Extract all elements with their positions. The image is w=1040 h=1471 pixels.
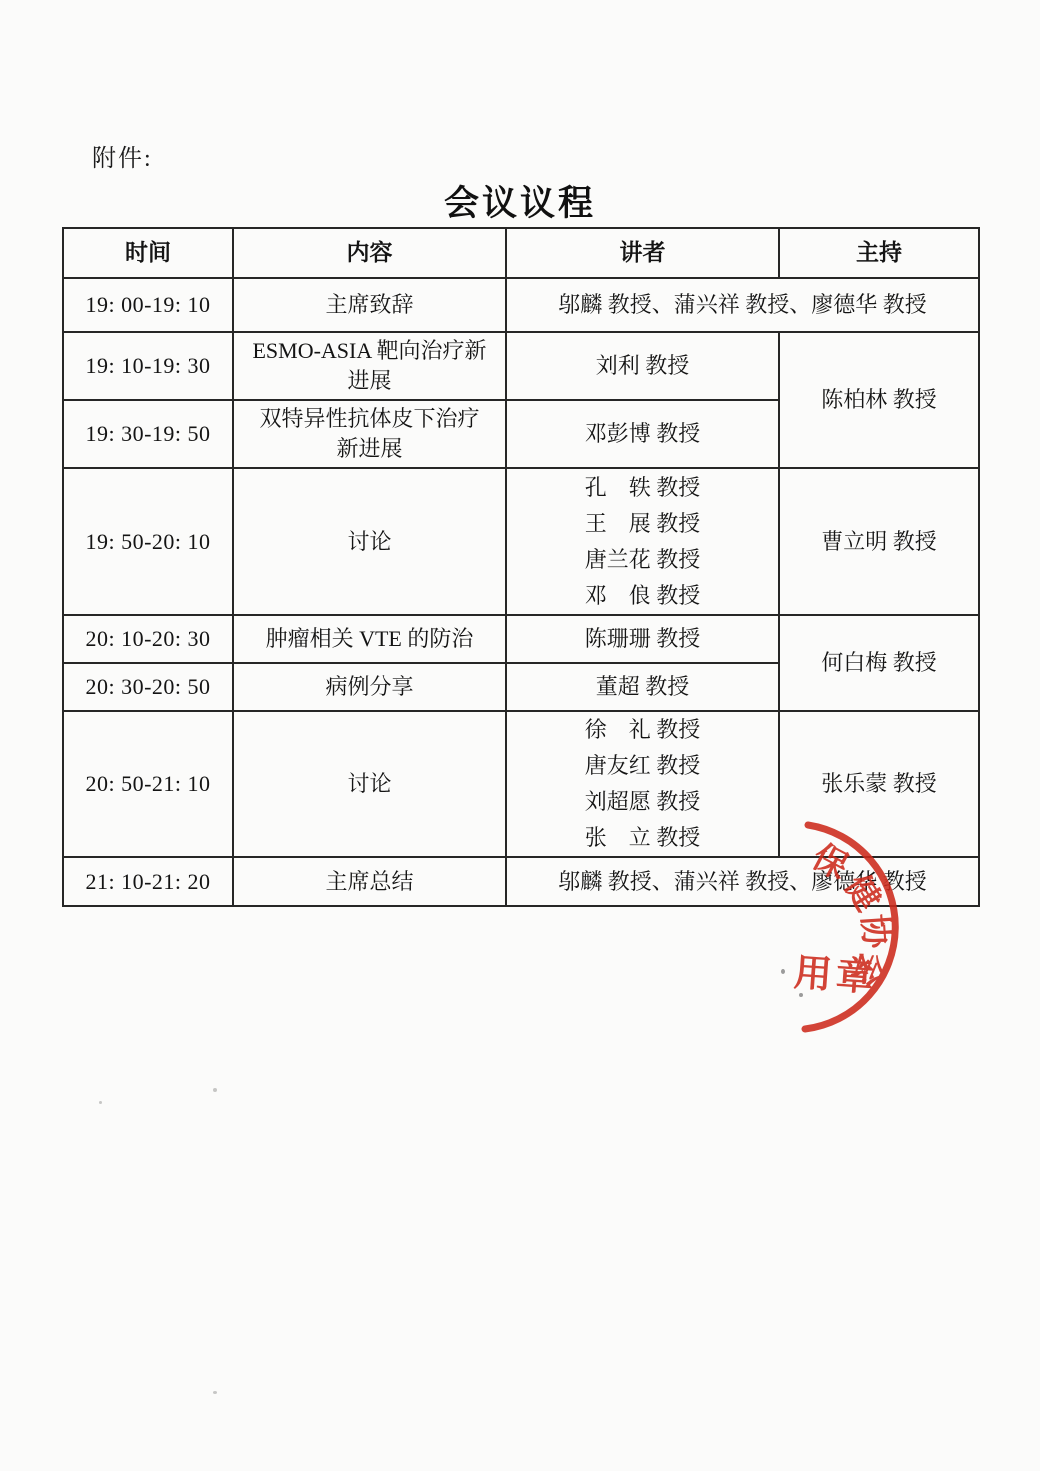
stamp-ring-char: 会 [844, 946, 892, 992]
speaker-cell: 邬麟 教授、蒲兴祥 教授、廖德华 教授 [506, 278, 979, 332]
content-cell: 肿瘤相关 VTE 的防治 [233, 615, 506, 663]
table-row: 19: 10-19: 30 ESMO-ASIA 靶向治疗新 进展 刘利 教授 陈… [63, 332, 979, 400]
speaker-cell: 刘利 教授 [506, 332, 779, 400]
scan-speck [799, 993, 803, 997]
time-cell: 19: 30-19: 50 [63, 400, 233, 468]
header-speaker: 讲者 [506, 228, 779, 278]
host-cell: 陈柏林 教授 [779, 332, 979, 468]
speaker-cell: 邬麟 教授、蒲兴祥 教授、廖德华 教授 [506, 857, 979, 906]
time-cell: 20: 30-20: 50 [63, 663, 233, 711]
table-row: 20: 50-21: 10 讨论 徐 礼 教授 唐友红 教授 刘超愿 教授 张 … [63, 711, 979, 857]
content-cell: ESMO-ASIA 靶向治疗新 进展 [233, 332, 506, 400]
time-cell: 19: 50-20: 10 [63, 468, 233, 615]
content-cell: 双特异性抗体皮下治疗 新进展 [233, 400, 506, 468]
host-cell: 张乐蒙 教授 [779, 711, 979, 857]
content-cell: 主席致辞 [233, 278, 506, 332]
table-row: 21: 10-21: 20 主席总结 邬麟 教授、蒲兴祥 教授、廖德华 教授 [63, 857, 979, 906]
table-row: 19: 00-19: 10 主席致辞 邬麟 教授、蒲兴祥 教授、廖德华 教授 [63, 278, 979, 332]
header-content: 内容 [233, 228, 506, 278]
header-row: 时间 内容 讲者 主持 [63, 228, 979, 278]
scan-speck [781, 969, 785, 974]
time-cell: 19: 10-19: 30 [63, 332, 233, 400]
stamp-ring-char: 协 [855, 913, 895, 952]
content-cell: 病例分享 [233, 663, 506, 711]
header-host: 主持 [779, 228, 979, 278]
speaker-cell: 陈珊珊 教授 [506, 615, 779, 663]
speaker-cell: 邓彭博 教授 [506, 400, 779, 468]
scan-speck [213, 1391, 217, 1394]
content-cell: 主席总结 [233, 857, 506, 906]
time-cell: 20: 10-20: 30 [63, 615, 233, 663]
time-cell: 19: 00-19: 10 [63, 278, 233, 332]
agenda-table: 时间 内容 讲者 主持 19: 00-19: 10 主席致辞 邬麟 教授、蒲兴祥… [62, 227, 980, 907]
time-cell: 21: 10-21: 20 [63, 857, 233, 906]
content-cell: 讨论 [233, 711, 506, 857]
stamp-inner-text: 用章 [792, 951, 879, 1000]
speaker-cell: 徐 礼 教授 唐友红 教授 刘超愿 教授 张 立 教授 [506, 711, 779, 857]
document-page: 附件: 会议议程 时间 内容 讲者 主持 19: 00-19: 10 主席致辞 … [0, 0, 1040, 1471]
content-cell: 讨论 [233, 468, 506, 615]
speaker-cell: 孔 轶 教授 王 展 教授 唐兰花 教授 邓 俍 教授 [506, 468, 779, 615]
table-row: 19: 50-20: 10 讨论 孔 轶 教授 王 展 教授 唐兰花 教授 邓 … [63, 468, 979, 615]
page-title: 会议议程 [62, 176, 978, 226]
scan-speck [99, 1101, 102, 1104]
header-time: 时间 [63, 228, 233, 278]
table-row: 20: 10-20: 30 肿瘤相关 VTE 的防治 陈珊珊 教授 何白梅 教授 [63, 615, 979, 663]
host-cell: 曹立明 教授 [779, 468, 979, 615]
attachment-label: 附件: [92, 138, 153, 173]
host-cell: 何白梅 教授 [779, 615, 979, 711]
speaker-cell: 董超 教授 [506, 663, 779, 711]
scan-speck [213, 1088, 217, 1092]
time-cell: 20: 50-21: 10 [63, 711, 233, 857]
